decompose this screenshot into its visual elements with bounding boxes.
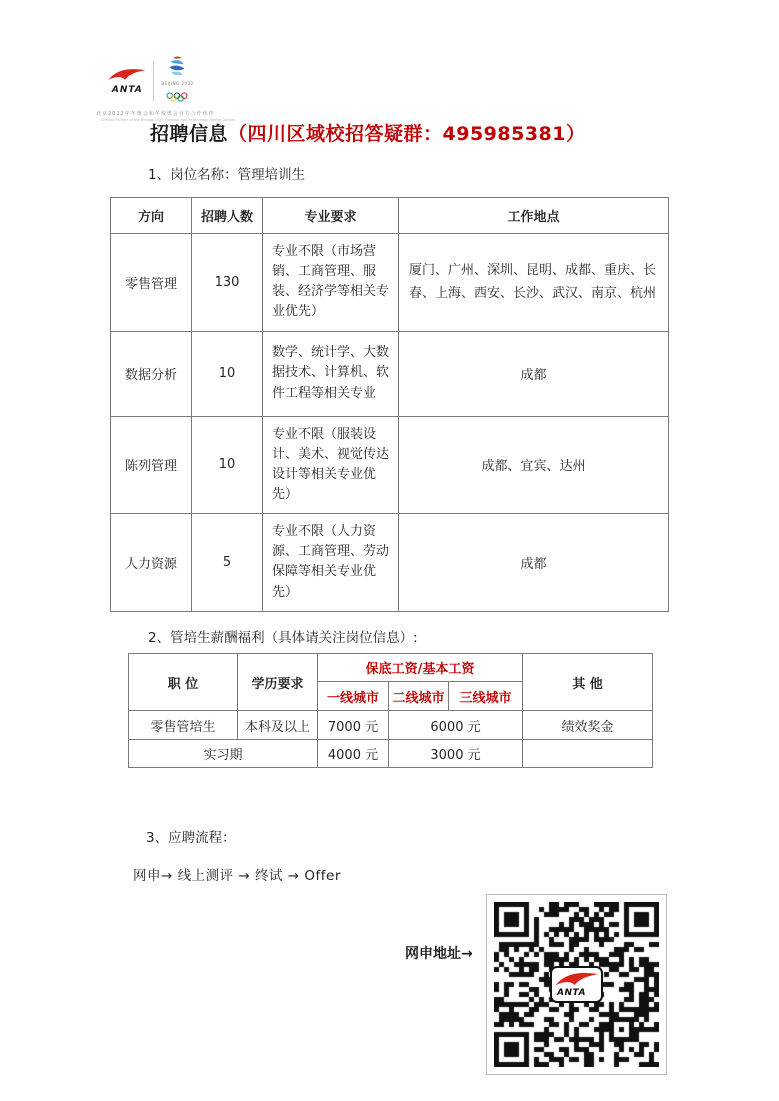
salary-header-row-1: 职 位 学历要求 保底工资/基本工资 其 他 bbox=[129, 654, 653, 682]
col-header-direction: 方向 bbox=[111, 198, 192, 234]
cell-position: 实习期 bbox=[129, 740, 318, 768]
beijing-2022-emblem: BEIJING 2022 bbox=[161, 56, 193, 106]
section3-heading: 3、应聘流程： bbox=[146, 826, 236, 846]
cell-major: 专业不限（市场营销、工商管理、服装、经济学等相关专业优先） bbox=[263, 234, 399, 332]
cell-other bbox=[523, 740, 653, 768]
cell-location: 成都 bbox=[399, 331, 669, 416]
col-header-position: 职 位 bbox=[129, 654, 238, 711]
cell-education: 本科及以上 bbox=[238, 711, 318, 740]
cell-tier1-salary: 4000 元 bbox=[318, 740, 389, 768]
cell-position: 零售管培生 bbox=[129, 711, 238, 740]
col-header-location: 工作地点 bbox=[399, 198, 669, 234]
col-header-salary-group: 保底工资/基本工资 bbox=[318, 654, 523, 682]
cell-location: 成都、宜宾、达州 bbox=[399, 416, 669, 514]
col-header-other: 其 他 bbox=[523, 654, 653, 711]
table-row: 人力资源 5 专业不限（人力资源、工商管理、劳动保障等相关专业优先） 成都 bbox=[111, 514, 669, 612]
table-row: 陈列管理 10 专业不限（服装设计、美术、视觉传达设计等相关专业优先） 成都、宜… bbox=[111, 416, 669, 514]
logo-divider bbox=[153, 61, 154, 101]
cell-direction: 零售管理 bbox=[111, 234, 192, 332]
cell-major: 数学、统计学、大数据技术、计算机、软件工程等相关专业 bbox=[263, 331, 399, 416]
table-row: 零售管培生 本科及以上 7000 元 6000 元 绩效奖金 bbox=[129, 711, 653, 740]
doc-title-red: （四川区域校招答疑群：495985381） bbox=[228, 123, 585, 145]
cell-count: 10 bbox=[192, 331, 263, 416]
brand-logo-block: ANTA BEIJING 2022 bbox=[96, 56, 206, 122]
qr-label: 网申地址→ bbox=[405, 943, 473, 963]
cell-direction: 陈列管理 bbox=[111, 416, 192, 514]
anta-swoosh-icon bbox=[108, 66, 146, 85]
cell-other: 绩效奖金 bbox=[523, 711, 653, 740]
cell-major: 专业不限（服装设计、美术、视觉传达设计等相关专业优先） bbox=[263, 416, 399, 514]
anta-wordmark: ANTA bbox=[112, 86, 143, 95]
col-header-tier3: 三线城市 bbox=[449, 682, 523, 711]
col-header-education: 学历要求 bbox=[238, 654, 318, 711]
cell-count: 10 bbox=[192, 416, 263, 514]
cell-tier23-salary: 6000 元 bbox=[389, 711, 523, 740]
col-header-tier2: 二线城市 bbox=[389, 682, 449, 711]
cell-tier1-salary: 7000 元 bbox=[318, 711, 389, 740]
table-row: 零售管理 130 专业不限（市场营销、工商管理、服装、经济学等相关专业优先） 厦… bbox=[111, 234, 669, 332]
cell-direction: 数据分析 bbox=[111, 331, 192, 416]
table-row: 数据分析 10 数学、统计学、大数据技术、计算机、软件工程等相关专业 成都 bbox=[111, 331, 669, 416]
recruit-table: 方向 招聘人数 专业要求 工作地点 零售管理 130 专业不限（市场营销、工商管… bbox=[110, 197, 669, 612]
anta-logo: ANTA bbox=[108, 66, 146, 95]
cell-location: 厦门、广州、深圳、昆明、成都、重庆、长春、上海、西安、长沙、武汉、南京、杭州 bbox=[399, 234, 669, 332]
beijing-2022-emblem-icon bbox=[166, 56, 188, 82]
col-header-count: 招聘人数 bbox=[192, 198, 263, 234]
section1-heading: 1、岗位名称：管理培训生 bbox=[148, 163, 305, 183]
cell-tier23-salary: 3000 元 bbox=[389, 740, 523, 768]
doc-title: 招聘信息（四川区域校招答疑群：495985381） bbox=[150, 119, 586, 146]
application-process-line: 网申→ 线上测评 → 终试 → Offer bbox=[133, 864, 341, 884]
cell-location: 成都 bbox=[399, 514, 669, 612]
salary-table: 职 位 学历要求 保底工资/基本工资 其 他 一线城市 二线城市 三线城市 零售… bbox=[128, 653, 653, 768]
table-row: 实习期 4000 元 3000 元 bbox=[129, 740, 653, 768]
col-header-major: 专业要求 bbox=[263, 198, 399, 234]
partner-text-cn: 北京2022年冬奥会和冬残奥会官方合作伙伴 bbox=[96, 110, 206, 117]
cell-count: 5 bbox=[192, 514, 263, 612]
recruit-table-header-row: 方向 招聘人数 专业要求 工作地点 bbox=[111, 198, 669, 234]
doc-title-black: 招聘信息 bbox=[150, 123, 228, 145]
cell-direction: 人力资源 bbox=[111, 514, 192, 612]
col-header-tier1: 一线城市 bbox=[318, 682, 389, 711]
qr-center-anta-logo: ANTA bbox=[550, 966, 603, 1003]
cell-major: 专业不限（人力资源、工商管理、劳动保障等相关专业优先） bbox=[263, 514, 399, 612]
section2-heading: 2、管培生薪酬福利（具体请关注岗位信息）: bbox=[148, 626, 418, 646]
qr-code: ANTA bbox=[486, 894, 667, 1075]
qr-anta-wordmark: ANTA bbox=[557, 989, 586, 998]
olympic-rings-icon bbox=[165, 87, 189, 106]
cell-count: 130 bbox=[192, 234, 263, 332]
